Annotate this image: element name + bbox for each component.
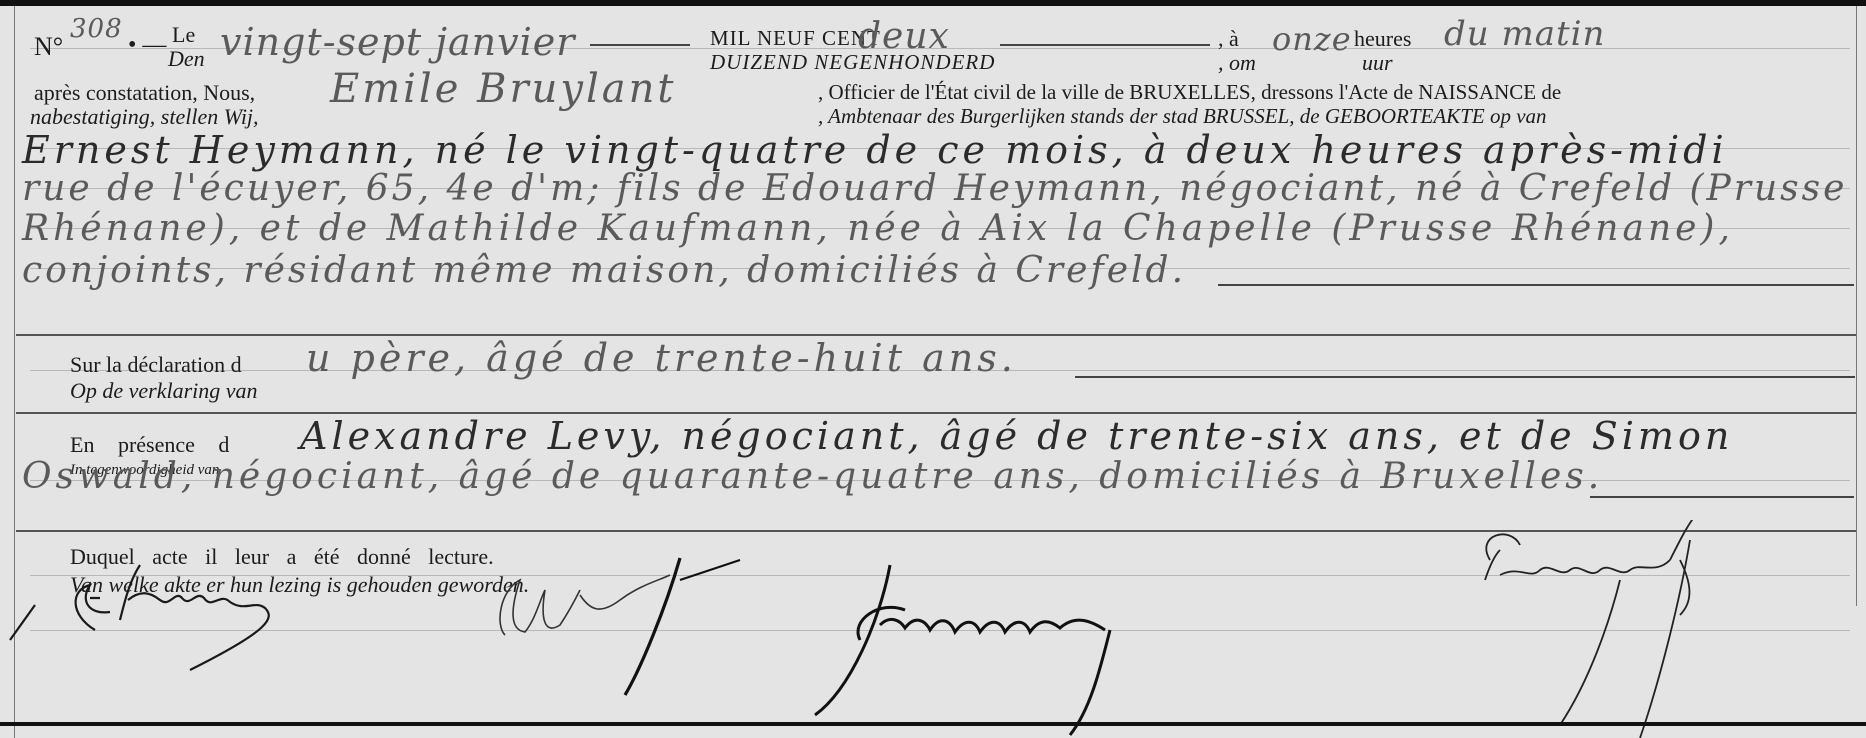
signature-levy [500, 558, 740, 695]
fill-rule [1218, 284, 1854, 286]
right-margin-rule [1856, 6, 1857, 606]
nabestatiging: nabestatiging, stellen Wij, [30, 104, 259, 130]
signature-bruylant [1485, 520, 1700, 738]
den-label: Den [168, 46, 205, 72]
presence-line-1: Alexandre Levy, négociant, âgé de trente… [300, 414, 1733, 458]
date-handwritten: vingt-sept janvier [220, 20, 575, 64]
act-number: 308 [70, 14, 123, 44]
a-label: , à [1218, 26, 1239, 52]
body-line-1: Ernest Heymann, né le vingt-quatre de ce… [22, 128, 1728, 172]
le-label: Le [172, 22, 195, 48]
fill-rule [1000, 44, 1210, 46]
civil-register-page: N° 308 • — Le Den vingt-sept janvier MIL… [0, 0, 1866, 738]
officier-fr: , Officier de l'État civil de la ville d… [818, 80, 1561, 105]
om-label: , om [1218, 50, 1256, 76]
apres-constatation: après constatation, Nous, [34, 80, 255, 106]
bottom-rule [0, 722, 1866, 726]
fill-rule [1075, 376, 1855, 378]
fill-rule [1590, 496, 1854, 498]
body-line-3: Rhénane), et de Mathilde Kaufmann, née à… [22, 208, 1734, 249]
top-border [0, 0, 1866, 6]
number-label: N° [34, 32, 63, 62]
hour-handwritten: onze [1272, 20, 1352, 58]
declaration-handwritten: u père, âgé de trente-huit ans. [306, 336, 1017, 380]
presence-line-2: Oswald, négociant, âgé de quarante-quatr… [22, 456, 1603, 497]
signature-heymann [10, 565, 269, 670]
period-handwritten: du matin [1444, 14, 1605, 54]
dash-separator: • — [128, 32, 166, 59]
declaration-label-nl: Op de verklaring van [70, 378, 258, 404]
body-line-2: rue de l'écuyer, 65, 4e d'm; fils de Edo… [22, 168, 1847, 209]
signatures-area [0, 520, 1866, 738]
duizend-negenhonderd: DUIZEND NEGENHONDERD [710, 50, 995, 75]
heures-label: heures [1354, 26, 1411, 52]
signature-oswald [815, 565, 1110, 735]
officier-nl: , Ambtenaar des Burgerlijken stands der … [818, 104, 1547, 129]
uur-label: uur [1362, 50, 1393, 76]
declaration-label-fr: Sur la déclaration d [70, 352, 242, 378]
body-line-4: conjoints, résidant même maison, domicil… [22, 250, 1186, 291]
presence-label-fr: En présence d [70, 432, 229, 458]
mil-neuf-cent: MIL NEUF CENT [710, 26, 881, 51]
officer-name-handwritten: Emile Bruylant [330, 66, 676, 112]
fill-rule [590, 44, 690, 46]
